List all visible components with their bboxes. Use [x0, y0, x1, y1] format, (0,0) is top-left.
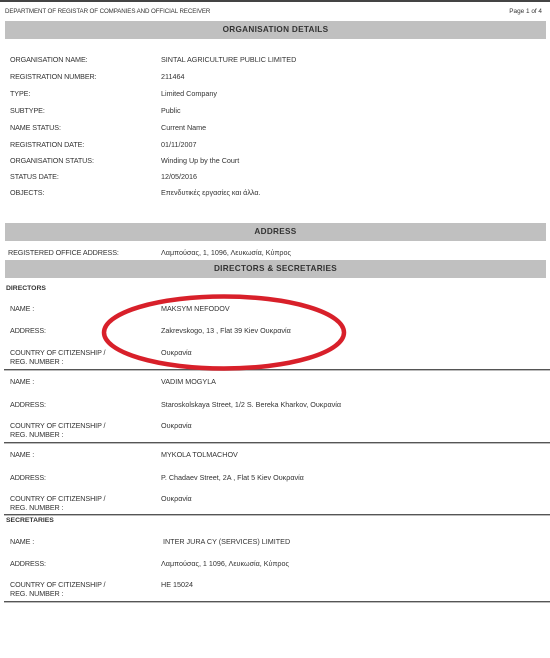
field-label: COUNTRY OF CITIZENSHIP / REG. NUMBER :	[10, 421, 105, 439]
field-label: ADDRESS:	[10, 473, 46, 482]
label-line: REG. NUMBER :	[10, 430, 63, 439]
label-line: REG. NUMBER :	[10, 503, 63, 512]
page-number: Page 1 of 4	[509, 8, 542, 15]
secretary-reg-number: HE 15024	[161, 580, 193, 589]
label-line: COUNTRY OF CITIZENSHIP /	[10, 348, 105, 357]
field-label: NAME :	[10, 537, 34, 546]
field-value: Επενδυτικές εργασίες και άλλα.	[161, 188, 261, 197]
label-line: COUNTRY OF CITIZENSHIP /	[10, 494, 105, 503]
divider	[4, 369, 550, 371]
label-line: REG. NUMBER :	[10, 357, 63, 366]
address-band: ADDRESS	[5, 223, 546, 241]
director-address: P. Chadaev Street, 2A , Flat 5 Kiev Ουκρ…	[161, 473, 304, 482]
field-value: Winding Up by the Court	[161, 156, 239, 165]
field-label: REGISTRATION DATE:	[10, 140, 84, 149]
field-label: COUNTRY OF CITIZENSHIP / REG. NUMBER :	[10, 348, 105, 366]
field-label: OBJECTS:	[10, 188, 44, 197]
director-country: Ουκρανία	[161, 421, 192, 430]
director-name: VADIM MOGYLA	[161, 377, 216, 386]
director-country: Ουκρανία	[161, 494, 192, 503]
field-label: NAME :	[10, 304, 34, 313]
secretaries-heading: SECRETARIES	[6, 517, 54, 524]
field-label: ADDRESS:	[10, 559, 46, 568]
field-label: TYPE:	[10, 89, 30, 98]
field-label: REGISTRATION NUMBER:	[10, 72, 97, 81]
field-label: NAME STATUS:	[10, 123, 61, 132]
director-address: Zakrevskogo, 13 , Flat 39 Kiev Ουκρανία	[161, 326, 291, 335]
field-label: SUBTYPE:	[10, 106, 45, 115]
field-value: Current Name	[161, 123, 206, 132]
secretary-name: INTER JURA CY (SERVICES) LIMITED	[161, 537, 290, 546]
field-value: 01/11/2007	[161, 140, 196, 149]
field-value: 12/05/2016	[161, 172, 197, 181]
field-label: REGISTERED OFFICE ADDRESS:	[8, 248, 119, 257]
directors-secretaries-band: DIRECTORS & SECRETARIES	[5, 260, 546, 278]
field-label: COUNTRY OF CITIZENSHIP / REG. NUMBER :	[10, 580, 105, 598]
secretary-address: Λαμπούσας, 1 1096, Λευκωσία, Κύπρος	[161, 559, 289, 568]
field-label: NAME :	[10, 377, 34, 386]
field-value: Λαμπούσας, 1, 1096, Λευκωσία, Κύπρος	[161, 248, 291, 257]
field-label: NAME :	[10, 450, 34, 459]
director-name: MYKOLA TOLMACHOV	[161, 450, 238, 459]
field-value: Public	[161, 106, 181, 115]
director-name: MAKSYM NEFODOV	[161, 304, 230, 313]
field-label: ORGANISATION NAME:	[10, 55, 88, 64]
director-country: Ουκρανία	[161, 348, 192, 357]
divider	[4, 442, 550, 444]
organisation-details-band: ORGANISATION DETAILS	[5, 21, 546, 39]
field-label: ORGANISATION STATUS:	[10, 156, 94, 165]
field-label: ADDRESS:	[10, 400, 46, 409]
department-header: DEPARTMENT OF REGISTAR OF COMPANIES AND …	[5, 8, 210, 15]
divider	[4, 514, 550, 516]
field-value: SINTAL AGRICULTURE PUBLIC LIMITED	[161, 55, 296, 64]
field-value: Limited Company	[161, 89, 217, 98]
director-address: Staroskolskaya Street, 1/2 S. Bereka Kha…	[161, 400, 341, 409]
directors-heading: DIRECTORS	[6, 285, 46, 292]
divider	[4, 601, 550, 603]
page-top-border	[0, 0, 550, 2]
field-label: COUNTRY OF CITIZENSHIP / REG. NUMBER :	[10, 494, 105, 512]
field-label: ADDRESS:	[10, 326, 46, 335]
label-line: REG. NUMBER :	[10, 589, 63, 598]
label-line: COUNTRY OF CITIZENSHIP /	[10, 580, 105, 589]
label-line: COUNTRY OF CITIZENSHIP /	[10, 421, 105, 430]
field-value: 211464	[161, 72, 184, 81]
field-label: STATUS DATE:	[10, 172, 59, 181]
